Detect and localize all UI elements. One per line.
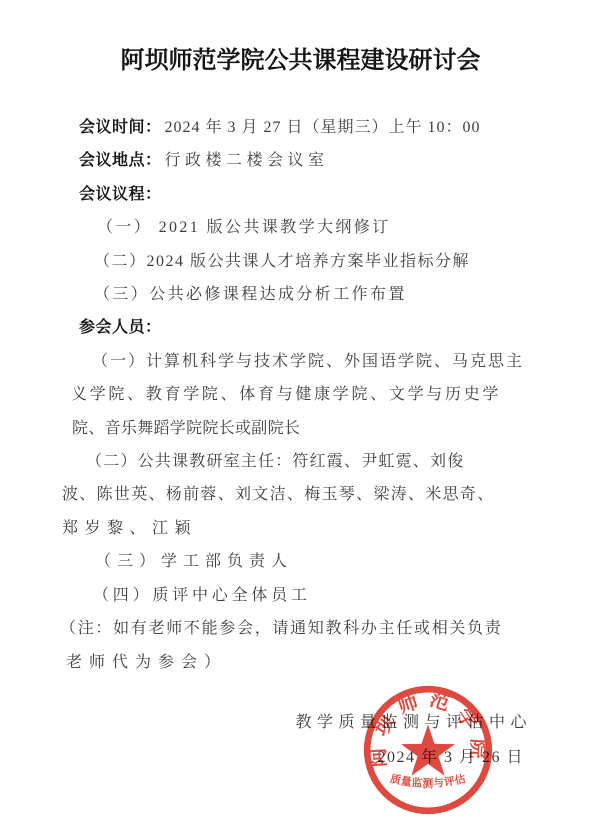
document-page: 阿坝师范学院公共课程建设研讨会 会议时间：2024 年 3 月 27 日（星期三… bbox=[0, 0, 601, 827]
signature-date: 2024 年 3 月 26 日 bbox=[377, 747, 524, 769]
participants-line-5: 波、陈世英、杨前蓉、刘文洁、梅玉琴、梁涛、米思奇、 bbox=[62, 478, 601, 511]
participants-line-4: （二）公共课教研室主任：符红霞、尹虹霓、刘俊 bbox=[86, 445, 601, 478]
participants-line-8: （四）质评中心全体员工 bbox=[93, 579, 601, 612]
meeting-time-line: 会议时间：2024 年 3 月 27 日（星期三）上午 10：00 bbox=[79, 111, 601, 144]
agenda-label: 会议议程： bbox=[79, 186, 162, 203]
document-body: 会议时间：2024 年 3 月 27 日（星期三）上午 10：00 会议地点：行… bbox=[0, 111, 601, 679]
meeting-time-value: 2024 年 3 月 27 日（星期三）上午 10：00 bbox=[165, 119, 481, 136]
meeting-place-label: 会议地点： bbox=[79, 152, 162, 169]
participants-line-1: （一）计算机科学与技术学院、外国语学院、马克思主 bbox=[92, 345, 601, 378]
participants-line-2: 义学院、教育学院、体育与健康学院、文学与历史学 bbox=[71, 378, 601, 411]
meeting-time-label: 会议时间： bbox=[79, 119, 162, 136]
agenda-item-2: （二）2024 版公共课人才培养方案毕业指标分解 bbox=[94, 245, 601, 278]
meeting-place-value: 行政楼二楼会议室 bbox=[165, 152, 329, 169]
note-line-1: （注：如有老师不能参会，请通知教科办主任或相关负责 bbox=[60, 612, 601, 645]
participants-line-6: 郑岁黎、江颖 bbox=[62, 512, 601, 545]
signature-department: 教学质量监测与评估中心 bbox=[295, 712, 532, 734]
participants-label-line: 参会人员： bbox=[79, 311, 601, 344]
participants-line-7: （三）学工部负责人 bbox=[95, 545, 601, 578]
participants-label: 参会人员： bbox=[79, 319, 162, 336]
document-title: 阿坝师范学院公共课程建设研讨会 bbox=[0, 46, 601, 76]
seal-center-text: 教学质量监测与评估中心 bbox=[362, 684, 467, 790]
svg-text:教学质量监测与评估中心: 教学质量监测与评估中心 bbox=[362, 684, 467, 790]
note-line-2: 老师代为参会） bbox=[66, 646, 601, 679]
agenda-item-3: （三）公共必修课程达成分析工作布置 bbox=[94, 278, 601, 311]
agenda-label-line: 会议议程： bbox=[79, 178, 601, 211]
participants-line-3: 院、音乐舞蹈学院院长或副院长 bbox=[72, 412, 601, 445]
agenda-item-1: （一） 2021 版公共课教学大纲修订 bbox=[97, 211, 601, 244]
meeting-place-line: 会议地点：行政楼二楼会议室 bbox=[79, 144, 601, 177]
